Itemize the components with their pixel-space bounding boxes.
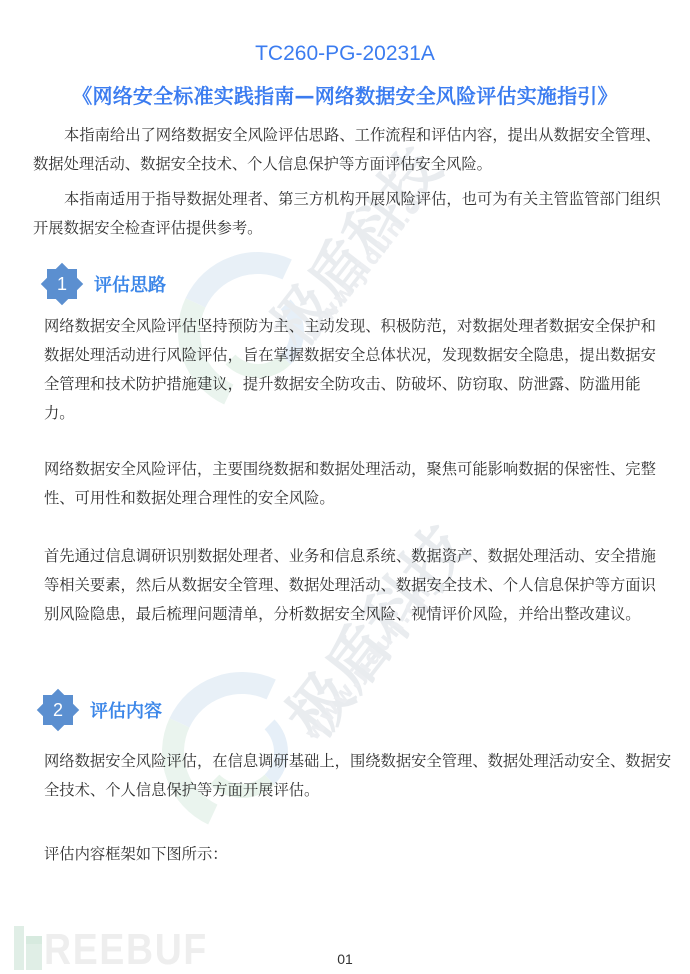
document-title: 《网络安全标准实践指南—网络数据安全风险评估实施指引》 (0, 80, 690, 109)
section-title: 评估内容 (90, 697, 162, 723)
section-1-paragraph-2: 网络数据安全风险评估，主要围绕数据和数据处理活动，聚焦可能影响数据的保密性、完整… (44, 455, 669, 513)
section-2-paragraph-2: 评估内容框架如下图所示： (44, 840, 669, 869)
octagram-badge-icon: 2 (36, 688, 80, 732)
section-title: 评估思路 (94, 271, 166, 297)
section-number: 2 (53, 700, 63, 721)
intro-paragraph-2: 本指南适用于指导数据处理者、第三方机构开展风险评估，也可为有关主管监管部门组织开… (33, 185, 663, 243)
section-1-paragraph-3: 首先通过信息调研识别数据处理者、业务和信息系统、数据资产、数据处理活动、安全措施… (44, 542, 669, 629)
section-header-1: 1 评估思路 (40, 262, 166, 306)
section-number: 1 (57, 274, 67, 295)
intro-paragraph-1: 本指南给出了网络数据安全风险评估思路、工作流程和评估内容，提出从数据安全管理、数… (33, 121, 663, 179)
section-2-paragraph-1: 网络数据安全风险评估，在信息调研基础上，围绕数据安全管理、数据处理活动安全、数据… (44, 747, 674, 805)
section-header-2: 2 评估内容 (36, 688, 162, 732)
page-number: 01 (0, 951, 690, 967)
section-1-paragraph-1: 网络数据安全风险评估坚持预防为主、主动发现、积极防范，对数据处理者数据安全保护和… (44, 312, 669, 428)
octagram-badge-icon: 1 (40, 262, 84, 306)
document-code: TC260-PG-20231A (0, 42, 690, 66)
